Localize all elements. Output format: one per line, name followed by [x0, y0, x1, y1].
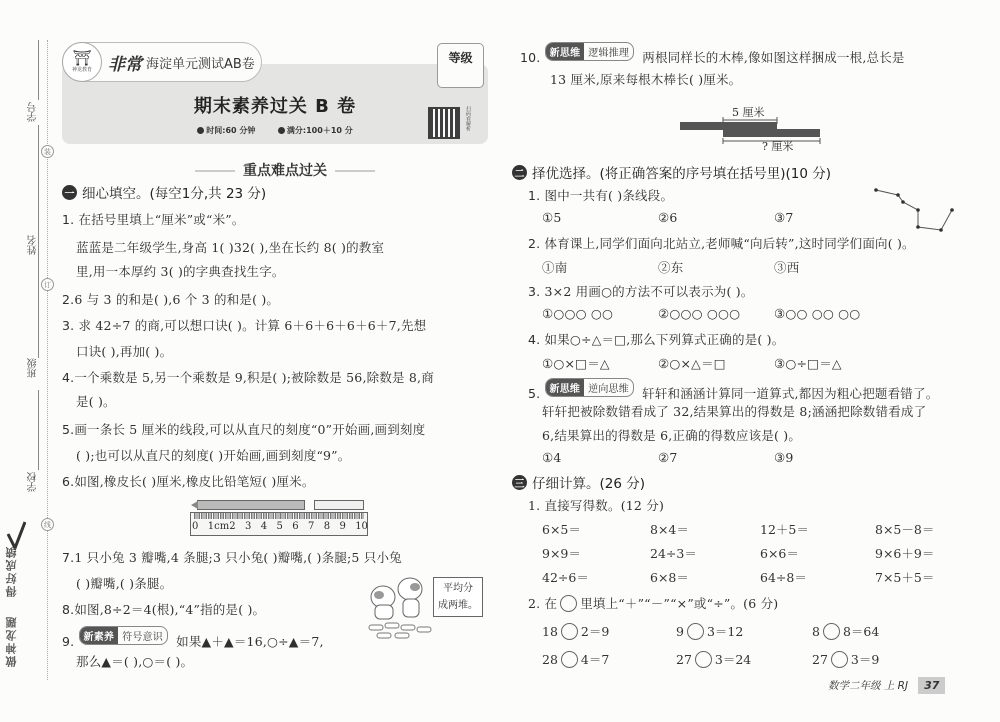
- exam-title: 期末素养过关 B 卷: [62, 92, 488, 118]
- field-school: 学校: [26, 472, 46, 492]
- book-label: 数学二年级 上 RJ: [828, 678, 908, 693]
- operator-blank[interactable]: [823, 623, 840, 640]
- operator-blank[interactable]: [831, 651, 848, 668]
- operator-blank[interactable]: [561, 651, 578, 668]
- fill-op-item: 273＝9: [812, 650, 879, 668]
- q1-3: 3. 求 42÷7 的商,可以想口诀( )。计算 6＋6＋6＋6＋6＋7,先想: [62, 316, 426, 334]
- field-class: 班级: [26, 358, 46, 378]
- q2-2-option-1[interactable]: ①南: [542, 258, 567, 276]
- q1-2: 2.6 与 3 的和是( ),6 个 3 的和是( )。: [62, 290, 279, 308]
- calc-item: 9×9＝: [542, 544, 581, 562]
- calc-item: 8×4＝: [650, 520, 689, 538]
- q2-2: 2. 体育课上,同学们面向北站立,老师喊“向后转”,这时同学们面向( )。: [528, 234, 915, 252]
- q2-1: 1. 图中一共有( )条线段。: [528, 186, 673, 204]
- section-2-heading: 二 择优选择。(将正确答案的序号填在括号里)(10 分): [512, 162, 831, 182]
- q2-1-option-2[interactable]: ②6: [658, 210, 678, 225]
- q1-8: 8.如图,8÷2＝4(根),“4”指的是( )。: [62, 600, 265, 618]
- section-banner: 重点难点过关: [150, 160, 420, 180]
- q2-5: 5. 新思维逆向思维 轩轩和涵涵计算同一道算式,都因为粗心把题看错了。: [528, 378, 938, 402]
- speech-bubble: 平均分 成两堆。: [433, 577, 483, 617]
- exam-meta: 时间:60 分钟 满分:100＋10 分: [62, 125, 488, 136]
- calc-item: 8×5－8＝: [875, 520, 934, 538]
- q1-5: 5.画一条长 5 厘米的线段,可以从直尺的刻度“0”开始画,画到刻度: [62, 420, 425, 438]
- qr-label: 扫码看解析: [462, 106, 472, 131]
- q1-5-line2: ( );也可以从直尺的刻度( )开始画,画到刻度“9”。: [76, 446, 350, 464]
- dog-icon: [365, 575, 435, 645]
- motto-1: 得好成绩: [4, 545, 22, 597]
- brand-pill: ⛩ 神龙教育 非常 海淀单元测试AB卷: [62, 42, 262, 82]
- q1-7: 7.1 只小兔 3 瓣嘴,4 条腿;3 只小兔( )瓣嘴,( )条腿;5 只小兔: [62, 548, 402, 566]
- q2-4-option-2[interactable]: ②○×△＝□: [658, 354, 726, 372]
- q1-10: 10. 新思维逻辑推理 两根同样长的木棒,像如图这样捆成一根,总长是: [520, 42, 905, 66]
- q2-5-option-3[interactable]: ③9: [774, 450, 794, 465]
- q2-3-option-3[interactable]: ③○○ ○○ ○○: [774, 306, 860, 321]
- cut-line: [47, 40, 48, 680]
- circle-blank-icon: [560, 595, 577, 612]
- calc-item: 9×6＋9＝: [875, 544, 934, 562]
- q2-4-option-1[interactable]: ①○×□＝△: [542, 354, 610, 372]
- tag-new-literacy: 新素养符号意识: [79, 626, 168, 645]
- q2-4: 4. 如果○÷△＝□,那么下列算式正确的是( )。: [528, 330, 784, 348]
- q2-5-line3: 6,结果算出的得数是 6,正确的得数应该是( )。: [542, 426, 801, 444]
- q2-1-option-1[interactable]: ①5: [542, 210, 562, 225]
- q2-5-option-1[interactable]: ①4: [542, 450, 562, 465]
- fill-op-item: 93＝12: [676, 622, 743, 640]
- fill-op-item: 284＝7: [542, 650, 609, 668]
- q2-5-option-2[interactable]: ②7: [658, 450, 678, 465]
- q2-3: 3. 3×2 用画○的方法不可以表示为( )。: [528, 282, 754, 300]
- dogs-illustration: 平均分 成两堆。: [365, 575, 490, 645]
- q1-4-line2: 是( )。: [76, 392, 116, 410]
- calc-item: 64÷8＝: [760, 568, 807, 586]
- calc-item: 42÷6＝: [542, 568, 589, 586]
- q2-4-option-3[interactable]: ③○÷□＝△: [774, 354, 842, 372]
- q1-4: 4.一个乘数是 5,另一个乘数是 9,积是( );被除数是 56,除数是 8,商: [62, 368, 434, 386]
- gate-icon: ⛩: [72, 51, 91, 66]
- q1-9: 9. 新素养符号意识 如果▲＋▲＝16,○÷▲＝7,: [62, 626, 324, 650]
- seal-ding: 订: [41, 278, 54, 291]
- field-student-id: 学号: [26, 102, 46, 122]
- eraser-drawing: [314, 500, 364, 510]
- q1-10-line2: 13 厘米,原来每根木棒长( )厘米。: [550, 70, 741, 88]
- operator-blank[interactable]: [561, 623, 578, 640]
- section-1-heading: 一 细心填空。(每空1分,共 23 分): [62, 182, 266, 202]
- field-name: 姓名: [26, 235, 46, 255]
- ruler: 0 1cm2 3 4 5 6 7 8 9 10: [190, 512, 368, 536]
- grade-box: 等级: [437, 43, 484, 88]
- pencil-drawing: [197, 500, 305, 510]
- calc-item: 6×5＝: [542, 520, 581, 538]
- q1-1-line3: 里,用一本厚约 3( )的字典查找生字。: [76, 262, 285, 280]
- brand-logo: ⛩ 神龙教育: [62, 42, 102, 82]
- clock-icon: [197, 127, 204, 134]
- q2-2-option-3[interactable]: ③西: [774, 258, 799, 276]
- brand-script: 非常: [108, 50, 142, 75]
- calc-item: 12＋5＝: [760, 520, 809, 538]
- calc-item: 6×8＝: [650, 568, 689, 586]
- operator-blank[interactable]: [695, 651, 712, 668]
- seal-xian: 线: [41, 518, 54, 531]
- qr-code[interactable]: [428, 107, 460, 139]
- q1-7-line2: ( )瓣嘴,( )条腿。: [76, 574, 172, 592]
- seal-zhuang: 装: [41, 145, 54, 158]
- ruler-figure: 0 1cm2 3 4 5 6 7 8 9 10: [190, 498, 370, 540]
- line-segments-figure: [868, 182, 963, 232]
- operator-blank[interactable]: [687, 623, 704, 640]
- calc-item: 24÷3＝: [650, 544, 697, 562]
- q1-1: 1. 在括号里填上“厘米”或“米”。: [62, 210, 245, 228]
- fill-op-item: 88＝64: [812, 622, 879, 640]
- q2-1-option-3[interactable]: ③7: [774, 210, 794, 225]
- binding-strip: 学号 装 姓名 订 班级 学校 线 得好成绩 做神龙题: [0, 40, 56, 680]
- section-badge-icon: 二: [512, 165, 527, 180]
- calc-item: 6×6＝: [760, 544, 799, 562]
- page-footer: 数学二年级 上 RJ 37: [828, 677, 945, 694]
- q3-2-title: 2. 在里填上“＋”“－”“×”或“÷”。(6 分): [528, 594, 778, 612]
- brand-name: 海淀单元测试AB卷: [146, 53, 255, 72]
- section-badge-icon: 三: [512, 475, 527, 490]
- section-badge-icon: 一: [62, 185, 77, 200]
- q1-1-line2: 蓝蓝是二年级学生,身高 1( )32( ),坐在长约 8( )的教室: [76, 238, 384, 256]
- tag-new-thinking: 新思维逆向思维: [545, 378, 634, 397]
- sticks-figure: 5 厘米 ? 厘米: [680, 110, 825, 150]
- q1-6: 6.如图,橡皮长( )厘米,橡皮比铅笔短( )厘米。: [62, 472, 315, 490]
- q2-5-line2: 轩轩把被除数错看成了 32,结果算出的得数是 8;涵涵把除数错看成了: [542, 402, 926, 420]
- page-number: 37: [918, 677, 945, 694]
- fill-op-item: 273＝24: [676, 650, 751, 668]
- q2-3-option-1[interactable]: ①○○○ ○○: [542, 306, 613, 321]
- q1-9-line2: 那么▲＝( ),○＝( )。: [76, 652, 193, 670]
- fill-op-item: 182＝9: [542, 622, 609, 640]
- calc-item: 7×5＋5＝: [875, 568, 934, 586]
- q1-3-line2: 口诀( ),再加( )。: [76, 342, 172, 360]
- q2-2-option-2[interactable]: ②东: [658, 258, 683, 276]
- check-circle-icon: [278, 127, 285, 134]
- worksheet-page: 学号 装 姓名 订 班级 学校 线 得好成绩 做神龙题 ⛩ 神龙教育 非常 海淀…: [0, 0, 1000, 722]
- tag-new-thinking: 新思维逻辑推理: [545, 42, 634, 61]
- motto-2: 做神龙题: [4, 615, 22, 667]
- q3-1-title: 1. 直接写得数。(12 分): [528, 496, 664, 514]
- section-3-heading: 三 仔细计算。(26 分): [512, 472, 645, 492]
- q2-3-option-2[interactable]: ②○○○ ○○○: [658, 306, 740, 321]
